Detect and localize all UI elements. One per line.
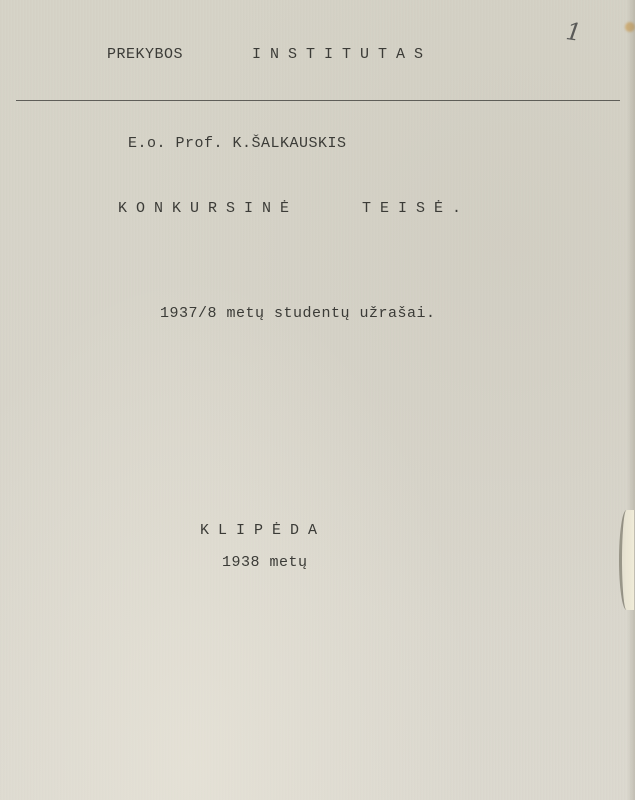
page-edge-shadow <box>627 0 635 800</box>
year-line: 1938 metų <box>222 554 308 572</box>
header-rule <box>16 100 620 101</box>
place-line: KLIPĖDA <box>200 522 326 540</box>
author-line: E.o. Prof. K.ŠALKAUSKIS <box>128 135 347 153</box>
title-word-2: TEISĖ. <box>362 200 470 218</box>
page-edge-fold <box>619 510 634 610</box>
handwritten-page-number: 1 <box>564 17 583 47</box>
subtitle-line: 1937/8 metų studentų užrašai. <box>160 305 436 323</box>
header-institution-prefix: PREKYBOS <box>107 46 183 64</box>
title-word-1: KONKURSINĖ <box>118 200 298 218</box>
paper-page: 1 PREKYBOS INSTITUTAS E.o. Prof. K.ŠALKA… <box>0 0 635 800</box>
header-institution-name: INSTITUTAS <box>252 46 432 64</box>
